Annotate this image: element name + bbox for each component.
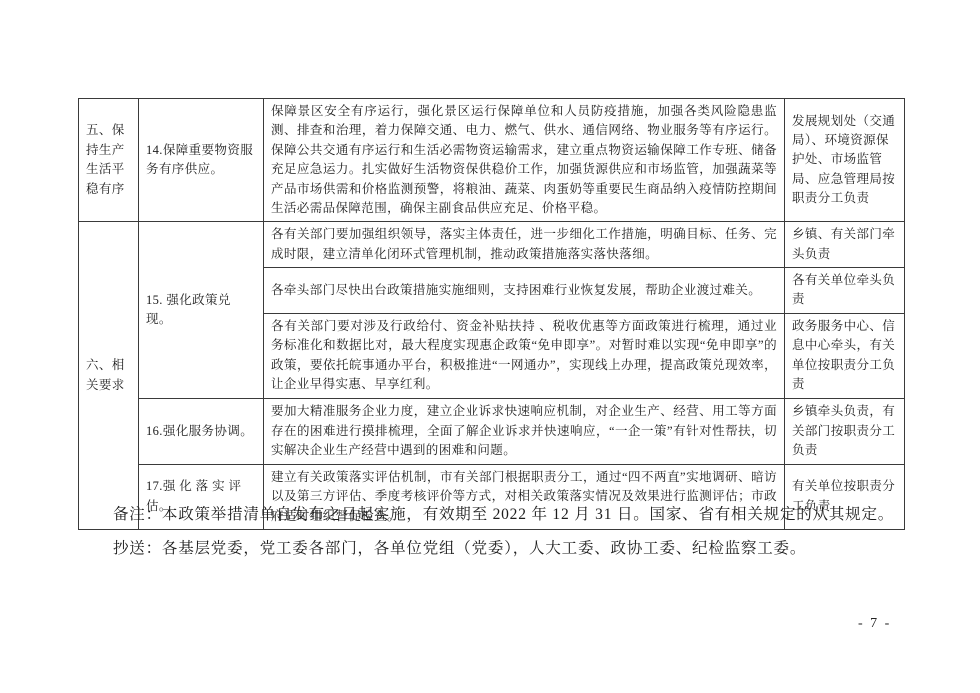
category-cell-5: 五、保持生产生活平稳有序 (79, 99, 139, 222)
measure-title-14: 14.保障重要物资服务有序供应。 (139, 99, 264, 222)
category-cell-6: 六、相关要求 (79, 222, 139, 530)
remark-label: 备注： (113, 506, 162, 523)
measure-title-16: 16.强化服务协调。 (139, 398, 264, 464)
measure-title-15: 15. 强化政策兑现。 (139, 222, 264, 399)
responsibility-15b: 各有关单位牵头负责 (785, 268, 905, 314)
measure-detail-14: 保障景区安全有序运行，强化景区运行保障单位和人员防疫措施，加强各类风险隐患监测、… (264, 99, 785, 222)
responsibility-15a: 乡镇、有关部门牵头负责 (785, 222, 905, 268)
document-page: 五、保持生产生活平稳有序 14.保障重要物资服务有序供应。 保障景区安全有序运行… (0, 0, 980, 693)
measure-detail-15a: 各有关部门要加强组织领导，落实主体责任，进一步细化工作措施，明确目标、任务、完成… (264, 222, 785, 268)
measure-detail-15b: 各牵头部门尽快出台政策措施实施细则，支持困难行业恢复发展，帮助企业渡过难关。 (264, 268, 785, 314)
responsibility-14: 发展规划处（交通局）、环境资源保护处、市场监管局、应急管理局按职责分工负责 (785, 99, 905, 222)
measure-detail-16: 要加大精准服务企业力度，建立企业诉求快速响应机制，对企业生产、经营、用工等方面存… (264, 398, 785, 464)
remark-text: 本政策举措清单自发布之日起实施，有效期至 2022 年 12 月 31 日。国家… (162, 506, 894, 523)
cc-label: 抄送： (113, 540, 162, 557)
responsibility-15c: 政务服务中心、信息中心牵头，有关单位按职责分工负责 (785, 313, 905, 398)
measure-detail-15c: 各有关部门要对涉及行政给付、资金补贴扶持 、税收优惠等方面政策进行梳理，通过业务… (264, 313, 785, 398)
remark-line: 备注：本政策举措清单自发布之日起实施，有效期至 2022 年 12 月 31 日… (113, 504, 913, 526)
table-row: 六、相关要求 15. 强化政策兑现。 各有关部门要加强组织领导，落实主体责任，进… (79, 222, 905, 268)
cc-line: 抄送：各基层党委，党工委各部门，各单位党组（党委），人大工委、政协工委、纪检监察… (113, 538, 913, 560)
cc-text: 各基层党委，党工委各部门，各单位党组（党委），人大工委、政协工委、纪检监察工委。 (162, 540, 806, 557)
table-row: 五、保持生产生活平稳有序 14.保障重要物资服务有序供应。 保障景区安全有序运行… (79, 99, 905, 222)
page-number: - 7 - (858, 616, 891, 632)
responsibility-16: 乡镇牵头负责，有关部门按职责分工负责 (785, 398, 905, 464)
policy-measures-table: 五、保持生产生活平稳有序 14.保障重要物资服务有序供应。 保障景区安全有序运行… (78, 98, 905, 530)
table-row: 16.强化服务协调。 要加大精准服务企业力度，建立企业诉求快速响应机制，对企业生… (79, 398, 905, 464)
